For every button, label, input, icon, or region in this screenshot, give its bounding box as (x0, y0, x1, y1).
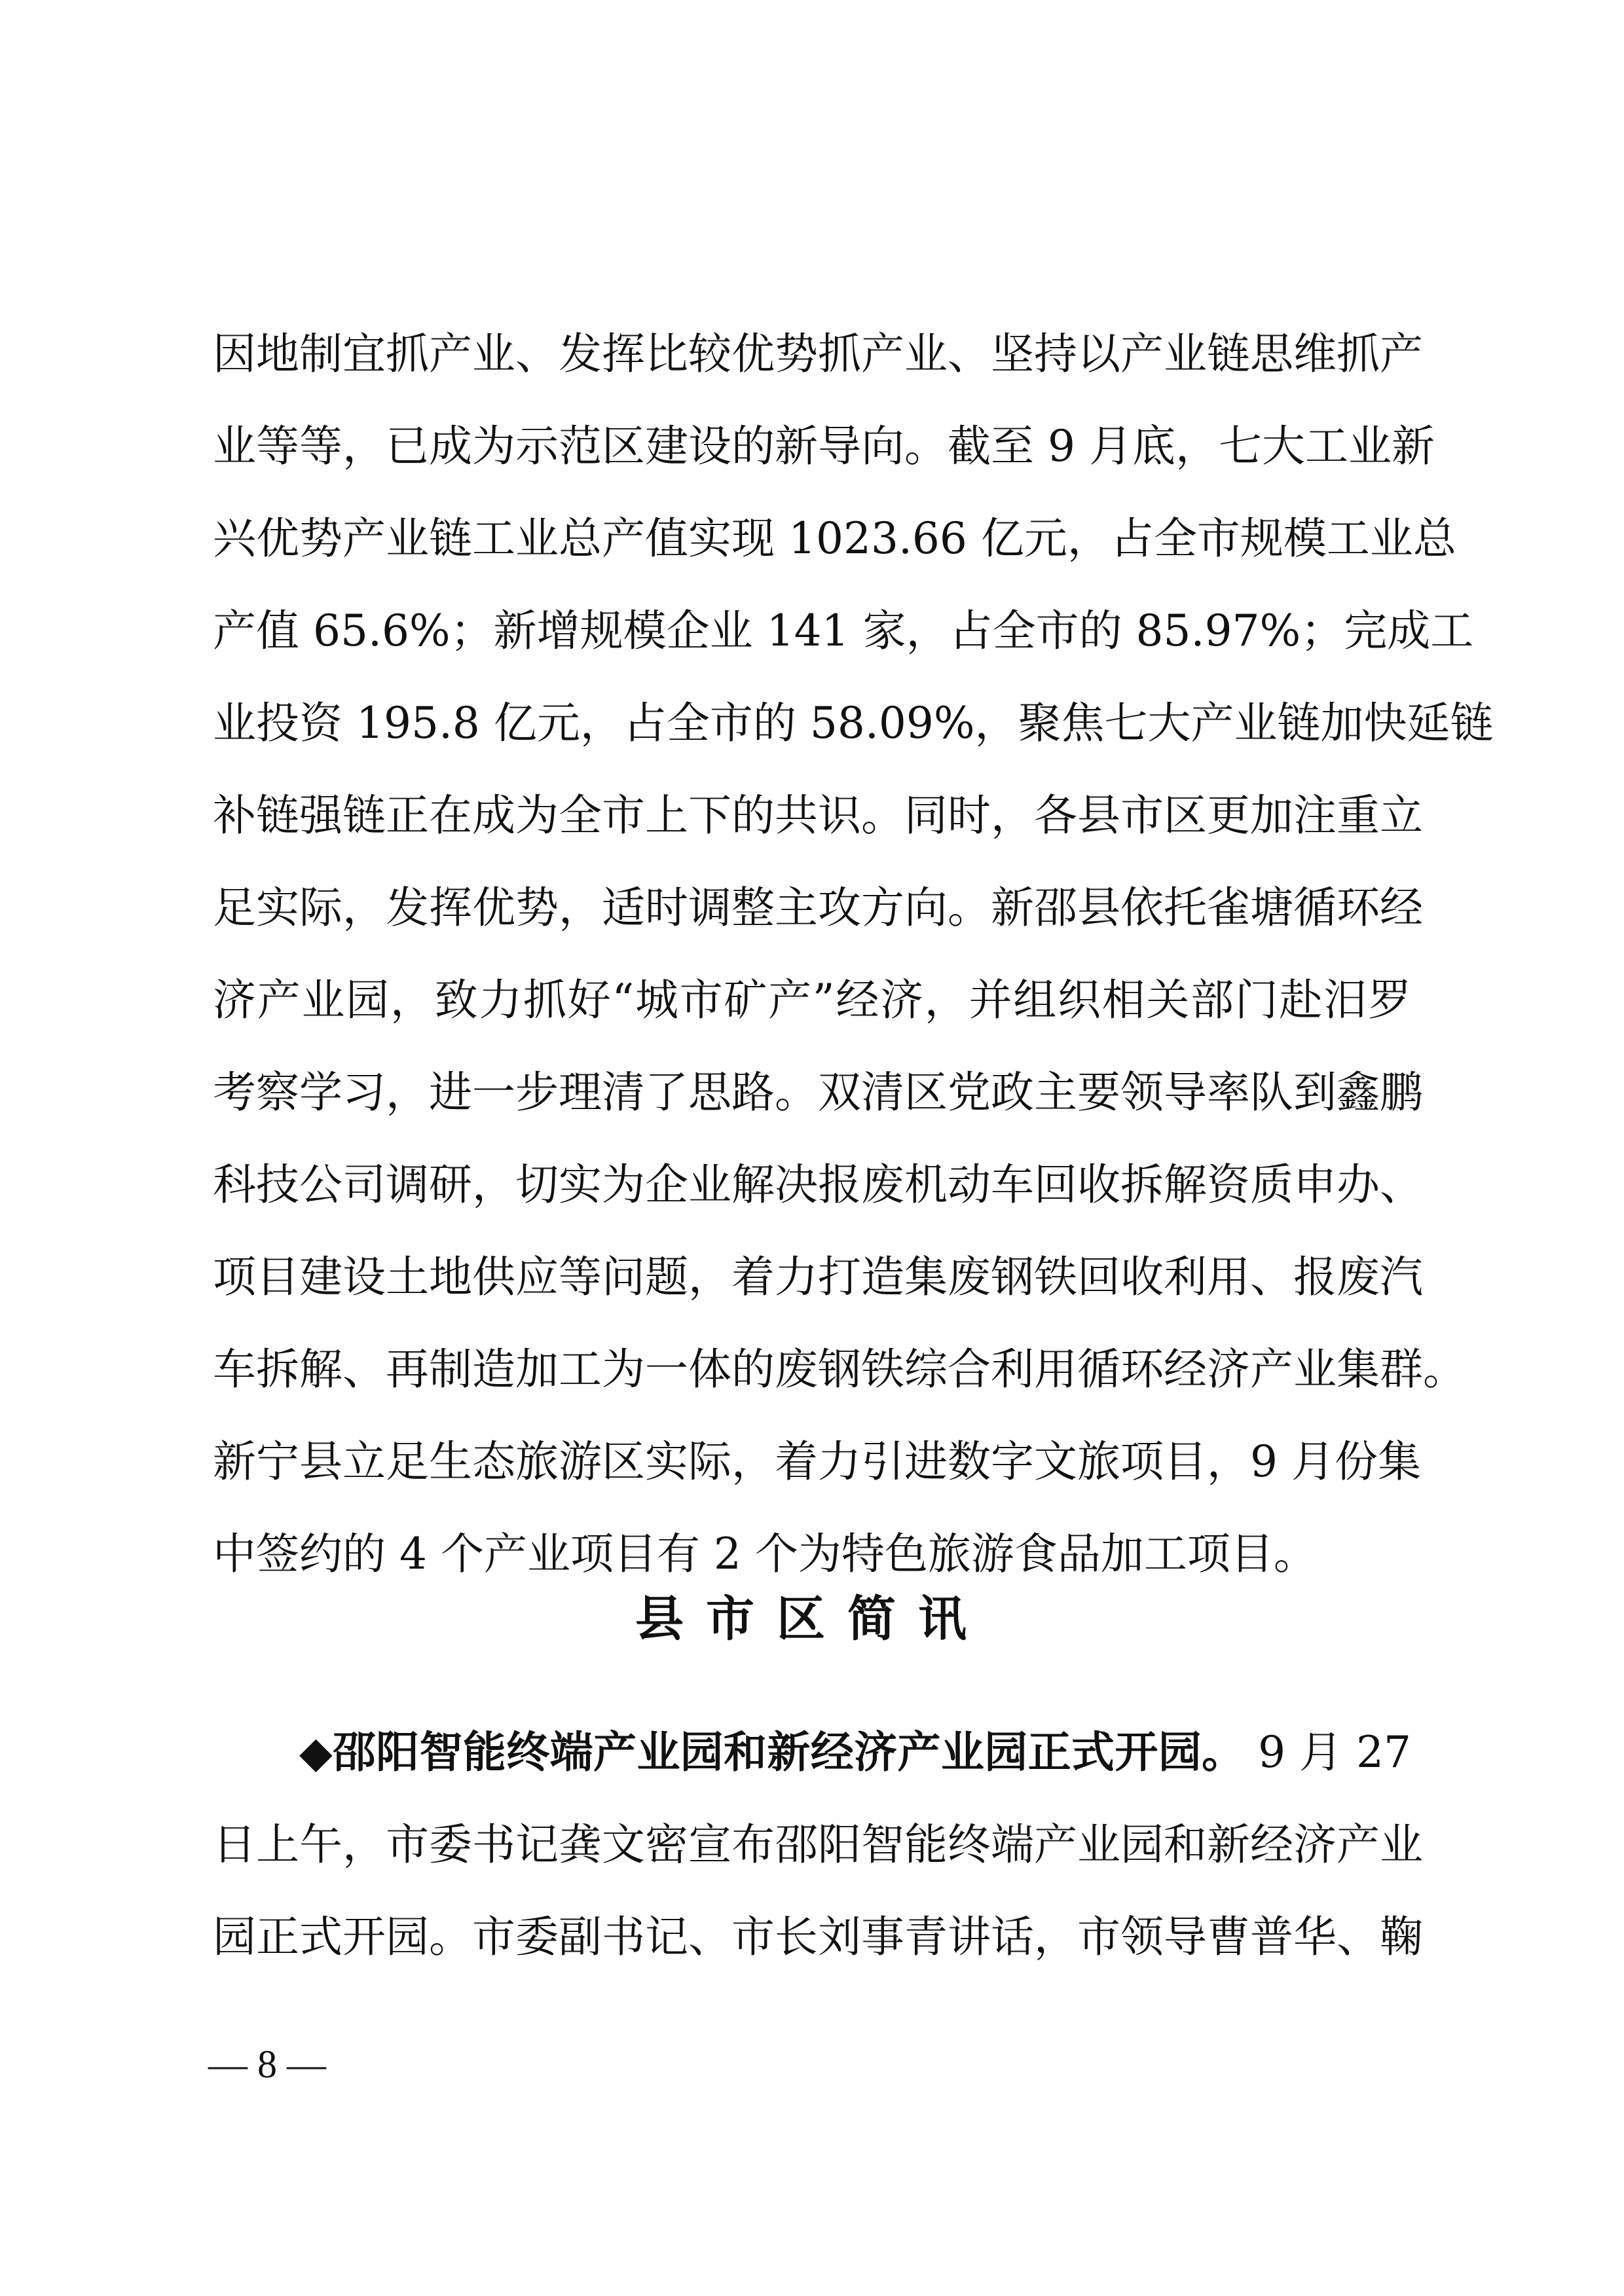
document-page: 因地制宜抓产业、发挥比较优势抓产业、坚持以产业链思维抓产 业等等，已成为示范区建… (0, 0, 1624, 2296)
paragraph-line: 业投资 195.8 亿元，占全市的 58.09%，聚焦七大产业链加快延链 (213, 677, 1411, 769)
paragraph-line: 足实际，发挥优势，适时调整主攻方向。新邵县依托雀塘循环经 (213, 862, 1411, 954)
paragraph-line: 考察学习，进一步理清了思路。双清区党政主要领导率队到鑫鹏 (213, 1046, 1411, 1139)
page-number: — 8 — (208, 2041, 326, 2087)
paragraph-line: 项目建设土地供应等问题，着力打造集废钢铁回收利用、报废汽 (213, 1231, 1411, 1323)
paragraph-line: 兴优势产业链工业总产值实现 1023.66 亿元，占全市规模工业总 (213, 492, 1411, 585)
paragraph-line: 科技公司调研，切实为企业解决报废机动车回收拆解资质申办、 (213, 1139, 1411, 1231)
paragraph-line: 补链强链正在成为全市上下的共识。同时，各县市区更加注重立 (213, 769, 1411, 862)
paragraph-line: 业等等，已成为示范区建设的新导向。截至 9 月底，七大工业新 (213, 400, 1411, 492)
news-lead-wrapper: ◆ 邵阳智能终端产业园和新经济产业园正式开园。 (299, 1706, 1245, 1798)
diamond-bullet-icon: ◆ (299, 1706, 333, 1798)
news-item-shaoyang-industrial-parks: ◆ 邵阳智能终端产业园和新经济产业园正式开园。 9 月 27 日上午，市委书记龚… (213, 1706, 1411, 1983)
paragraph-line: 日上午，市委书记龚文密宣布邵阳智能终端产业园和新经济产业 (213, 1798, 1411, 1891)
paragraph-line: 车拆解、再制造加工为一体的废钢铁综合利用循环经济产业集群。 (213, 1323, 1411, 1415)
news-date-fragment: 9 月 27 (1258, 1706, 1411, 1798)
paragraph-line: 因地制宜抓产业、发挥比较优势抓产业、坚持以产业链思维抓产 (213, 308, 1411, 400)
section-heading-county-news: 县市区简讯 (0, 1586, 1624, 1652)
paragraph-line: 园正式开园。市委副书记、市长刘事青讲话，市领导曹普华、鞠 (213, 1891, 1411, 1983)
news-item-first-line: ◆ 邵阳智能终端产业园和新经济产业园正式开园。 9 月 27 (213, 1706, 1411, 1798)
body-paragraph-industry-chain: 因地制宜抓产业、发挥比较优势抓产业、坚持以产业链思维抓产 业等等，已成为示范区建… (213, 308, 1411, 1600)
news-lead-title: 邵阳智能终端产业园和新经济产业园正式开园。 (333, 1706, 1245, 1798)
paragraph-line: 新宁县立足生态旅游区实际，着力引进数字文旅项目，9 月份集 (213, 1415, 1411, 1508)
paragraph-line: 产值 65.6%；新增规模企业 141 家，占全市的 85.97%；完成工 (213, 585, 1411, 677)
paragraph-line: 济产业园，致力抓好“城市矿产”经济，并组织相关部门赴汨罗 (213, 954, 1411, 1046)
